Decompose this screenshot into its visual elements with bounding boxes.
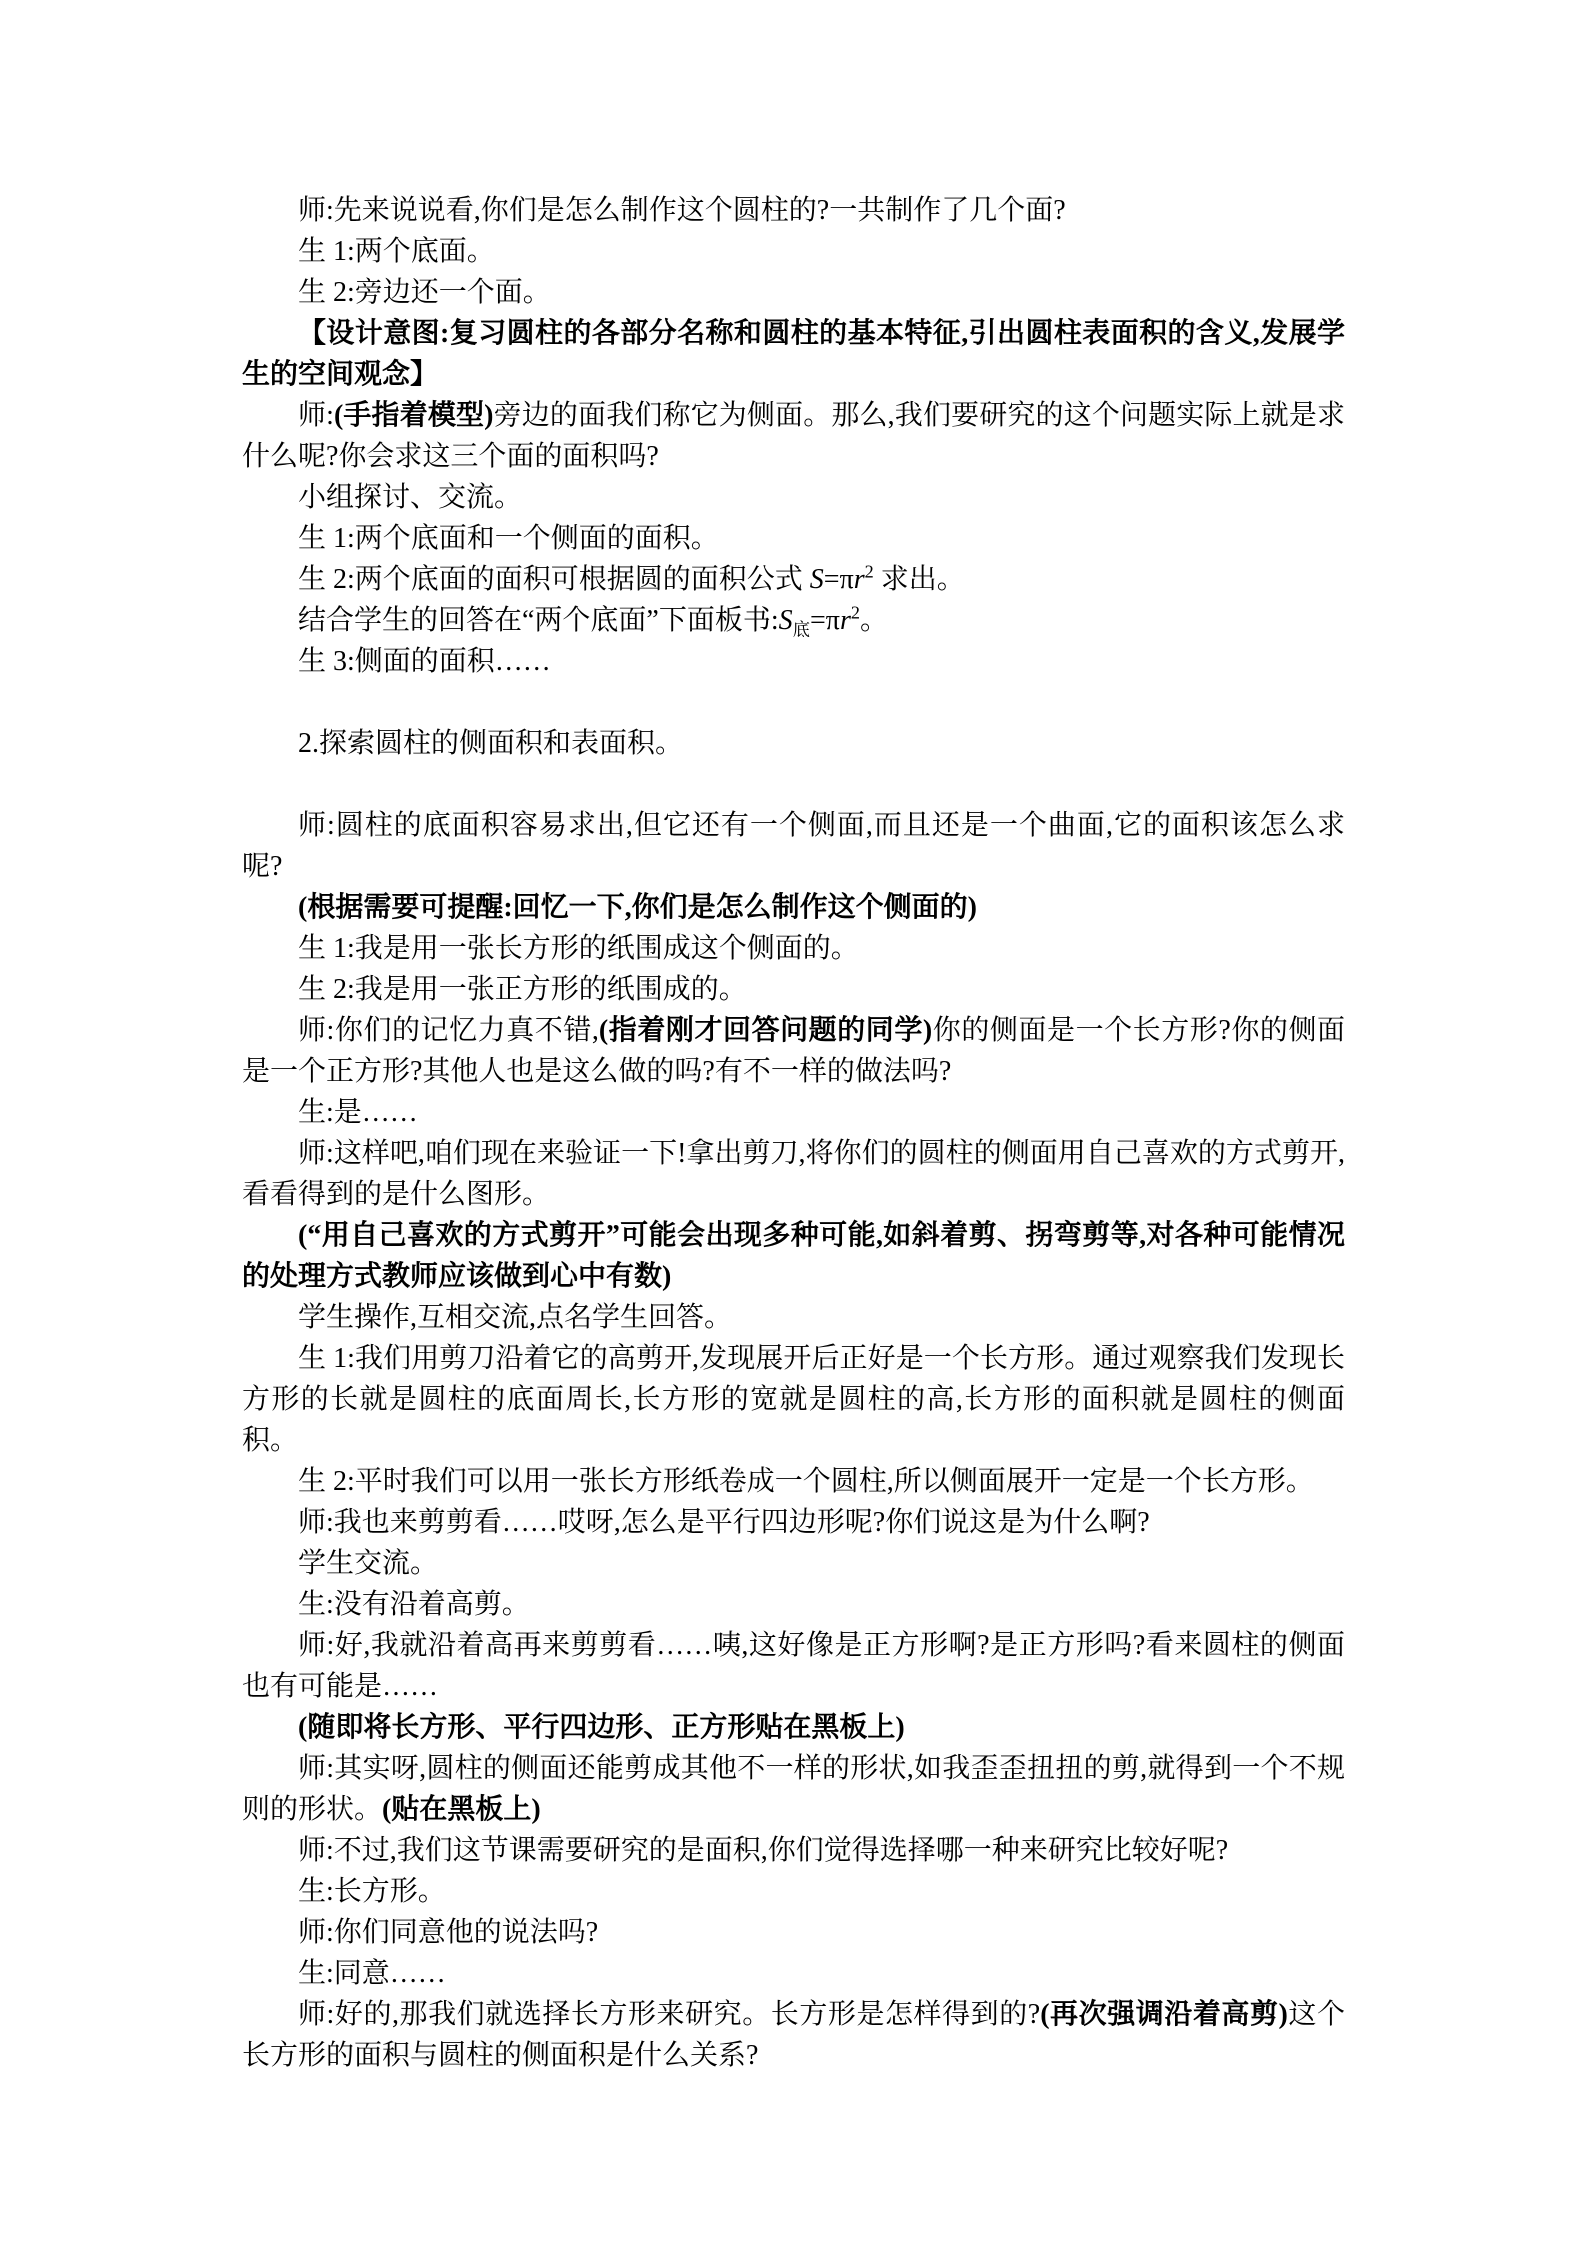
text-run: r bbox=[840, 605, 851, 636]
text-run: (贴在黑板上) bbox=[382, 1794, 541, 1825]
paragraph: 师:你们的记忆力真不错,(指着刚才回答问题的同学)你的侧面是一个长方形?你的侧面… bbox=[242, 1010, 1345, 1092]
text-run: 2 bbox=[851, 603, 860, 623]
text-run: 师:好的,那我们就选择长方形来研究。长方形是怎样得到的? bbox=[298, 1999, 1040, 2030]
text-run: 生 1:我们用剪刀沿着它的高剪开,发现展开后正好是一个长方形。通过观察我们发现长… bbox=[242, 1343, 1345, 1456]
paragraph: 生 2:平时我们可以用一张长方形纸卷成一个圆柱,所以侧面展开一定是一个长方形。 bbox=[242, 1461, 1345, 1502]
text-run: 【设计意图:复习圆柱的各部分名称和圆柱的基本特征,引出圆柱表面积的含义,发展学生… bbox=[242, 318, 1345, 390]
text-run: 。 bbox=[860, 605, 888, 636]
text-run: r bbox=[854, 564, 865, 595]
text-run: 学生交流。 bbox=[298, 1548, 438, 1579]
paragraph: 师:好,我就沿着高再来剪剪看……咦,这好像是正方形啊?是正方形吗?看来圆柱的侧面… bbox=[242, 1625, 1345, 1707]
text-run: 2 bbox=[865, 562, 874, 582]
text-run: 学生操作,互相交流,点名学生回答。 bbox=[298, 1302, 732, 1333]
document-body: 师:先来说说看,你们是怎么制作这个圆柱的?一共制作了几个面?生 1:两个底面。生… bbox=[242, 190, 1345, 2076]
paragraph: 师:我也来剪剪看……哎呀,怎么是平行四边形呢?你们说这是为什么啊? bbox=[242, 1502, 1345, 1543]
blank-line bbox=[242, 682, 1345, 723]
text-run: 生 1:两个底面。 bbox=[298, 236, 495, 267]
text-run: 小组探讨、交流。 bbox=[298, 482, 522, 513]
paragraph: 师:圆柱的底面积容易求出,但它还有一个侧面,而且还是一个曲面,它的面积该怎么求呢… bbox=[242, 805, 1345, 887]
paragraph: 学生操作,互相交流,点名学生回答。 bbox=[242, 1297, 1345, 1338]
text-run: 生 2:旁边还一个面。 bbox=[298, 277, 551, 308]
paragraph: 生:长方形。 bbox=[242, 1871, 1345, 1912]
text-run: 生:没有沿着高剪。 bbox=[298, 1589, 530, 1620]
blank-line bbox=[242, 764, 1345, 805]
text-run: 生 2:两个底面的面积可根据圆的面积公式 bbox=[298, 564, 810, 595]
text-run: 师:你们同意他的说法吗? bbox=[298, 1917, 598, 1948]
paragraph: 生 1:我是用一张长方形的纸围成这个侧面的。 bbox=[242, 928, 1345, 969]
text-run: (再次强调沿着高剪) bbox=[1040, 1999, 1288, 2030]
text-run: =π bbox=[810, 605, 840, 636]
text-run: 2.探索圆柱的侧面积和表面积。 bbox=[298, 728, 683, 759]
paragraph: 生:是…… bbox=[242, 1092, 1345, 1133]
paragraph: 师:(手指着模型)旁边的面我们称它为侧面。那么,我们要研究的这个问题实际上就是求… bbox=[242, 395, 1345, 477]
text-run: 师:圆柱的底面积容易求出,但它还有一个侧面,而且还是一个曲面,它的面积该怎么求呢… bbox=[242, 810, 1345, 882]
paragraph: 2.探索圆柱的侧面积和表面积。 bbox=[242, 723, 1345, 764]
text-run: 生 2:我是用一张正方形的纸围成的。 bbox=[298, 974, 747, 1005]
text-run: (随即将长方形、平行四边形、正方形贴在黑板上) bbox=[298, 1712, 905, 1743]
paragraph: (“用自己喜欢的方式剪开”可能会出现多种可能,如斜着剪、拐弯剪等,对各种可能情况… bbox=[242, 1215, 1345, 1297]
text-run: (指着刚才回答问题的同学) bbox=[599, 1015, 932, 1046]
text-run: 师:好,我就沿着高再来剪剪看……咦,这好像是正方形啊?是正方形吗?看来圆柱的侧面… bbox=[242, 1630, 1345, 1702]
paragraph: 生:同意…… bbox=[242, 1953, 1345, 1994]
paragraph: 师:其实呀,圆柱的侧面还能剪成其他不一样的形状,如我歪歪扭扭的剪,就得到一个不规… bbox=[242, 1748, 1345, 1830]
text-run: 生:同意…… bbox=[298, 1958, 446, 1989]
text-run: 求出。 bbox=[874, 564, 965, 595]
paragraph: 生:没有沿着高剪。 bbox=[242, 1584, 1345, 1625]
text-run: S bbox=[779, 605, 793, 636]
text-run: 结合学生的回答在“两个底面”下面板书: bbox=[298, 605, 779, 636]
paragraph: 生 1:我们用剪刀沿着它的高剪开,发现展开后正好是一个长方形。通过观察我们发现长… bbox=[242, 1338, 1345, 1461]
text-run: 生 1:我是用一张长方形的纸围成这个侧面的。 bbox=[298, 933, 859, 964]
text-run: (“用自己喜欢的方式剪开”可能会出现多种可能,如斜着剪、拐弯剪等,对各种可能情况… bbox=[242, 1220, 1345, 1292]
text-run: 师:先来说说看,你们是怎么制作这个圆柱的?一共制作了几个面? bbox=[298, 195, 1066, 226]
text-run: 师:这样吧,咱们现在来验证一下!拿出剪刀,将你们的圆柱的侧面用自己喜欢的方式剪开… bbox=[242, 1138, 1345, 1210]
text-run: 生:是…… bbox=[298, 1097, 418, 1128]
text-run: 生 1:两个底面和一个侧面的面积。 bbox=[298, 523, 719, 554]
text-run: (根据需要可提醒:回忆一下,你们是怎么制作这个侧面的) bbox=[298, 892, 977, 923]
text-run: 底 bbox=[793, 621, 810, 640]
paragraph: 学生交流。 bbox=[242, 1543, 1345, 1584]
paragraph: 师:这样吧,咱们现在来验证一下!拿出剪刀,将你们的圆柱的侧面用自己喜欢的方式剪开… bbox=[242, 1133, 1345, 1215]
paragraph: 师:好的,那我们就选择长方形来研究。长方形是怎样得到的?(再次强调沿着高剪)这个… bbox=[242, 1994, 1345, 2076]
paragraph: 生 1:两个底面。 bbox=[242, 231, 1345, 272]
paragraph: 小组探讨、交流。 bbox=[242, 477, 1345, 518]
paragraph: 生 2:旁边还一个面。 bbox=[242, 272, 1345, 313]
text-run: S bbox=[810, 564, 824, 595]
text-run: 师:你们的记忆力真不错, bbox=[298, 1015, 599, 1046]
text-run: (手指着模型) bbox=[334, 400, 494, 431]
text-run: =π bbox=[824, 564, 854, 595]
paragraph: (根据需要可提醒:回忆一下,你们是怎么制作这个侧面的) bbox=[242, 887, 1345, 928]
paragraph: 师:不过,我们这节课需要研究的是面积,你们觉得选择哪一种来研究比较好呢? bbox=[242, 1830, 1345, 1871]
paragraph: 生 2:我是用一张正方形的纸围成的。 bbox=[242, 969, 1345, 1010]
text-run: 生:长方形。 bbox=[298, 1876, 446, 1907]
text-run: 师: bbox=[298, 400, 334, 431]
paragraph: 【设计意图:复习圆柱的各部分名称和圆柱的基本特征,引出圆柱表面积的含义,发展学生… bbox=[242, 313, 1345, 395]
text-run: 师:我也来剪剪看……哎呀,怎么是平行四边形呢?你们说这是为什么啊? bbox=[298, 1507, 1150, 1538]
document-page: 师:先来说说看,你们是怎么制作这个圆柱的?一共制作了几个面?生 1:两个底面。生… bbox=[0, 0, 1587, 2245]
paragraph: 师:先来说说看,你们是怎么制作这个圆柱的?一共制作了几个面? bbox=[242, 190, 1345, 231]
paragraph: (随即将长方形、平行四边形、正方形贴在黑板上) bbox=[242, 1707, 1345, 1748]
paragraph: 生 2:两个底面的面积可根据圆的面积公式 S=πr2 求出。 bbox=[242, 559, 1345, 600]
text-run: 师:不过,我们这节课需要研究的是面积,你们觉得选择哪一种来研究比较好呢? bbox=[298, 1835, 1228, 1866]
paragraph: 生 1:两个底面和一个侧面的面积。 bbox=[242, 518, 1345, 559]
text-run: 生 2:平时我们可以用一张长方形纸卷成一个圆柱,所以侧面展开一定是一个长方形。 bbox=[298, 1466, 1314, 1497]
text-run: 生 3:侧面的面积…… bbox=[298, 646, 551, 677]
paragraph: 结合学生的回答在“两个底面”下面板书:S底=πr2。 bbox=[242, 600, 1345, 641]
paragraph: 师:你们同意他的说法吗? bbox=[242, 1912, 1345, 1953]
paragraph: 生 3:侧面的面积…… bbox=[242, 641, 1345, 682]
